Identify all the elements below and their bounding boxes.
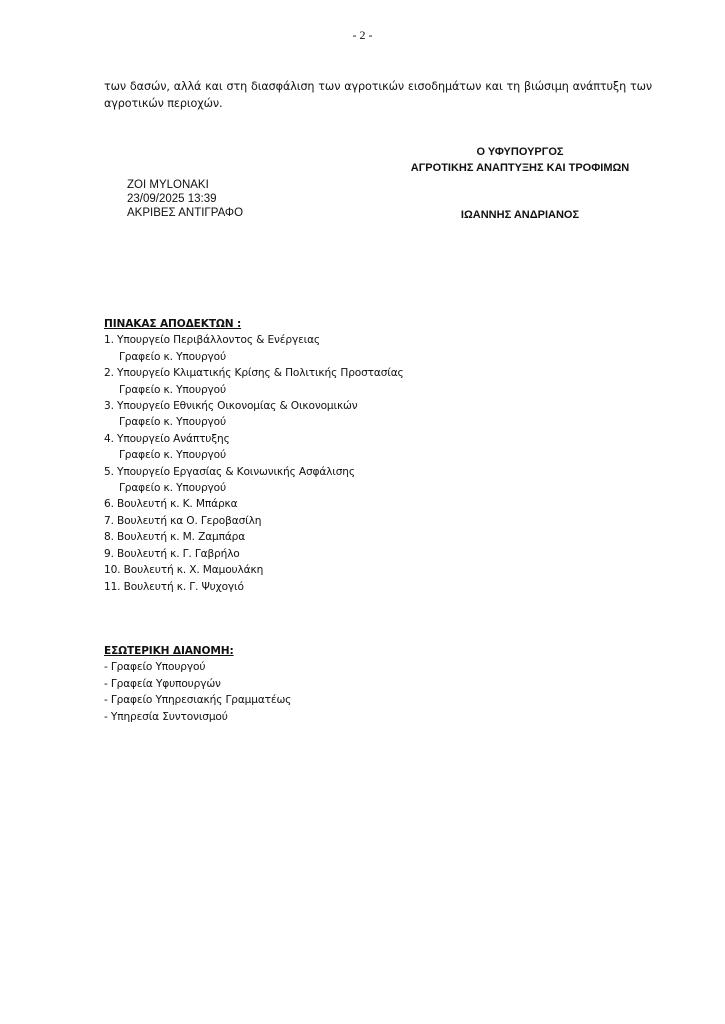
page-number: - 2 -: [0, 28, 725, 43]
internal-distribution-item: - Υπηρεσία Συντονισμού: [104, 709, 291, 725]
stamp-datetime: 23/09/2025 13:39: [127, 192, 243, 206]
recipient-subitem: Γραφείο κ. Υπουργού: [104, 447, 404, 463]
signatory-name: ΙΩΑΝΝΗΣ ΑΝΔΡΙΑΝΟΣ: [370, 209, 670, 221]
recipient-item: 9. Βουλευτή κ. Γ. Γαβρήλο: [104, 546, 404, 562]
internal-distribution-heading: ΕΣΩΤΕΡΙΚΗ ΔΙΑΝΟΜΗ:: [104, 643, 291, 659]
recipient-subitem: Γραφείο κ. Υπουργού: [104, 349, 404, 365]
stamp-note: ΑΚΡΙΒΕΣ ΑΝΤΙΓΡΑΦΟ: [127, 206, 243, 220]
recipient-item: 8. Βουλευτή κ. Μ. Ζαμπάρα: [104, 529, 404, 545]
internal-distribution-item: - Γραφείο Υπουργού: [104, 659, 291, 675]
internal-distribution-item: - Γραφείο Υπηρεσιακής Γραμματέως: [104, 692, 291, 708]
recipient-item: 7. Βουλευτή κα Ο. Γεροβασίλη: [104, 513, 404, 529]
recipients-list: ΠΙΝΑΚΑΣ ΑΠΟΔΕΚΤΩΝ : 1. Υπουργείο Περιβάλ…: [104, 316, 404, 595]
recipients-heading: ΠΙΝΑΚΑΣ ΑΠΟΔΕΚΤΩΝ :: [104, 316, 404, 332]
body-paragraph: των δασών, αλλά και στη διασφάλιση των α…: [104, 78, 652, 112]
recipient-item: 10. Βουλευτή κ. Χ. Μαμουλάκη: [104, 562, 404, 578]
recipient-subitem: Γραφείο κ. Υπουργού: [104, 480, 404, 496]
recipient-item: 4. Υπουργείο Ανάπτυξης: [104, 431, 404, 447]
digital-signature-stamp: ZOI MYLONAKI 23/09/2025 13:39 ΑΚΡΙΒΕΣ ΑΝ…: [127, 178, 243, 220]
recipient-item: 11. Βουλευτή κ. Γ. Ψυχογιό: [104, 579, 404, 595]
recipient-item: 1. Υπουργείο Περιβάλλοντος & Ενέργειας: [104, 332, 404, 348]
recipient-subitem: Γραφείο κ. Υπουργού: [104, 382, 404, 398]
recipient-item: 5. Υπουργείο Εργασίας & Κοινωνικής Ασφάλ…: [104, 464, 404, 480]
recipient-item: 3. Υπουργείο Εθνικής Οικονομίας & Οικονο…: [104, 398, 404, 414]
signature-title-line2: ΑΓΡΟΤΙΚΗΣ ΑΝΑΠΤΥΞΗΣ ΚΑΙ ΤΡΟΦΙΜΩΝ: [370, 162, 670, 174]
internal-distribution-list: ΕΣΩΤΕΡΙΚΗ ΔΙΑΝΟΜΗ: - Γραφείο Υπουργού- Γ…: [104, 643, 291, 725]
internal-distribution-item: - Γραφεία Υφυπουργών: [104, 676, 291, 692]
recipient-item: 6. Βουλευτή κ. Κ. Μπάρκα: [104, 496, 404, 512]
stamp-name: ZOI MYLONAKI: [127, 178, 243, 192]
recipient-subitem: Γραφείο κ. Υπουργού: [104, 414, 404, 430]
document-page: - 2 - των δασών, αλλά και στη διασφάλιση…: [0, 0, 725, 1024]
signature-title-line1: Ο ΥΦΥΠΟΥΡΓΟΣ: [370, 146, 670, 158]
recipient-item: 2. Υπουργείο Κλιματικής Κρίσης & Πολιτικ…: [104, 365, 404, 381]
